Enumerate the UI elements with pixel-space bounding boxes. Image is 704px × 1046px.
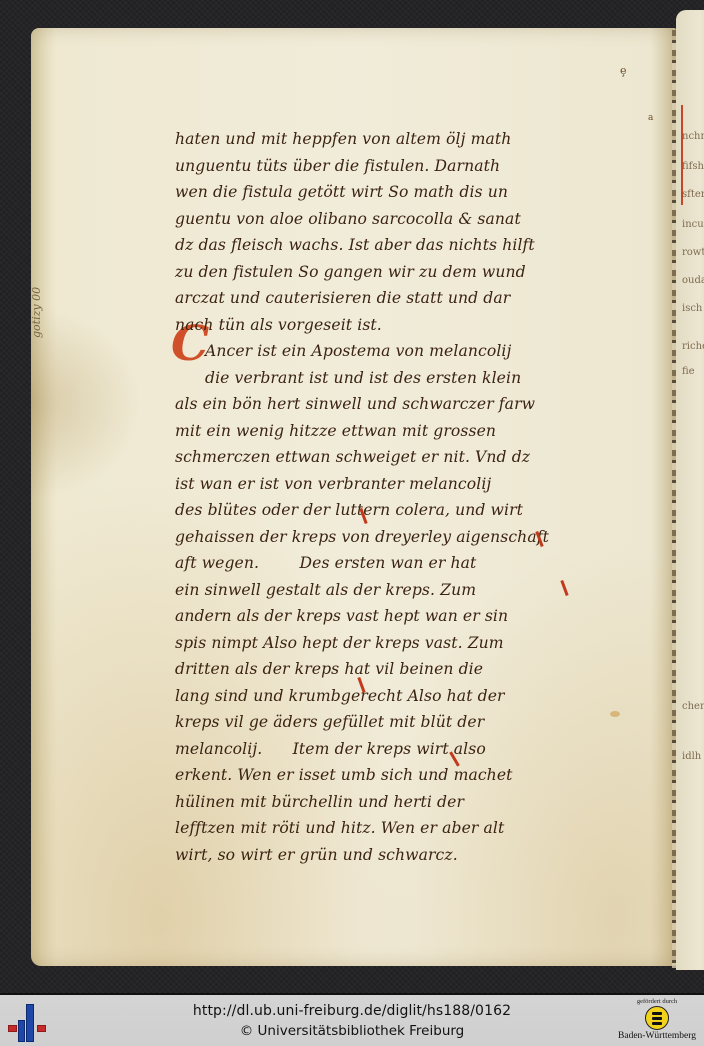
page-gutter	[672, 30, 676, 968]
adjacent-fragment: idlh	[682, 750, 701, 763]
text-line: als ein bön hert sinwell und schwarczer …	[175, 391, 645, 418]
manuscript-text: haten und mit heppfen von altem ölj math…	[175, 126, 645, 868]
copyright-notice: © Universitätsbibliothek Freiburg	[0, 1023, 704, 1039]
adjacent-fragment: cher	[682, 700, 704, 713]
adjacent-fragment: sfter	[682, 188, 704, 201]
text-line: kreps vil ge äders gefüllet mit blüt der	[175, 709, 645, 736]
folio-mark: ȩ	[620, 64, 627, 77]
text-line: guentu von aloe olibano sarcocolla & san…	[175, 206, 645, 233]
text-line: des blütes oder der luttern colera, und …	[175, 497, 645, 524]
margin-note: gotizy 00	[30, 287, 43, 338]
adjacent-fragment: rowt	[682, 246, 704, 259]
text-line: schmerczen ettwan schweiget er nit. Vnd …	[175, 444, 645, 471]
adjacent-fragment: fifsh	[682, 160, 704, 173]
adjacent-fragment: isch	[682, 302, 702, 315]
adjacent-fragment: incut	[682, 218, 704, 231]
text-line: haten und mit heppfen von altem ölj math	[175, 126, 645, 153]
viewer-footer: http://dl.ub.uni-freiburg.de/diglit/hs18…	[0, 993, 704, 1046]
adjacent-fragment: fie	[682, 365, 695, 378]
text-line: arczat und cauterisieren die statt und d…	[175, 285, 645, 312]
text-line: lang sind und krumbgerecht Also hat der	[175, 683, 645, 710]
text-line: andern als der kreps vast hept wan er si…	[175, 603, 645, 630]
funder-logo[interactable]: gefördert durch Baden-Württemberg	[616, 998, 698, 1041]
text-line: die verbrant ist und ist des ersten klei…	[175, 365, 645, 392]
text-line: wirt, so wirt er grün und schwarcz.	[175, 842, 645, 869]
text-line: wen die fistula getött wirt So math dis …	[175, 179, 645, 206]
text-line: dritten als der kreps hat vil beinen die	[175, 656, 645, 683]
text-line: Ancer ist ein Apostema von melancolij	[175, 338, 645, 365]
text-line: hülinen mit bürchellin und herti der	[175, 789, 645, 816]
adjacent-fragment: ouda	[682, 274, 704, 287]
text-line: ein sinwell gestalt als der kreps. Zum	[175, 577, 645, 604]
folio-mark: a	[648, 113, 653, 123]
text-line: melancolij. Item der kreps wirt also	[175, 736, 645, 763]
text-line: unguentu tüts über die fistulen. Darnath	[175, 153, 645, 180]
text-line: spis nimpt Also hept der kreps vast. Zum	[175, 630, 645, 657]
text-line: zu den fistulen So gangen wir zu dem wun…	[175, 259, 645, 286]
adjacent-page-edge: nchme fifsh sfter incut rowt ouda isch r…	[676, 10, 704, 970]
text-line: aft wegen. Des ersten wan er hat	[175, 550, 645, 577]
text-line: mit ein wenig hitzze ettwan mit grossen	[175, 418, 645, 445]
text-line: ist wan er ist von verbranter melancolij	[175, 471, 645, 498]
text-line: nach tün als vorgeseit ist.	[175, 312, 645, 339]
permalink-url[interactable]: http://dl.ub.uni-freiburg.de/diglit/hs18…	[0, 1003, 704, 1019]
adjacent-fragment: riche	[682, 340, 704, 353]
baden-wuerttemberg-crest-icon	[645, 1006, 669, 1030]
funder-caption: gefördert durch	[616, 998, 698, 1005]
text-line: erkent. Wen er isset umb sich und machet	[175, 762, 645, 789]
text-line: dz das fleisch wachs. Ist aber das nicht…	[175, 232, 645, 259]
adjacent-fragment: nchme	[682, 130, 704, 143]
text-line: gehaissen der kreps von dreyerley aigens…	[175, 524, 645, 551]
manuscript-scan-image: nchme fifsh sfter incut rowt ouda isch r…	[0, 0, 704, 993]
text-line: lefftzen mit röti und hitz. Wen er aber …	[175, 815, 645, 842]
funder-name: Baden-Württemberg	[616, 1031, 698, 1041]
